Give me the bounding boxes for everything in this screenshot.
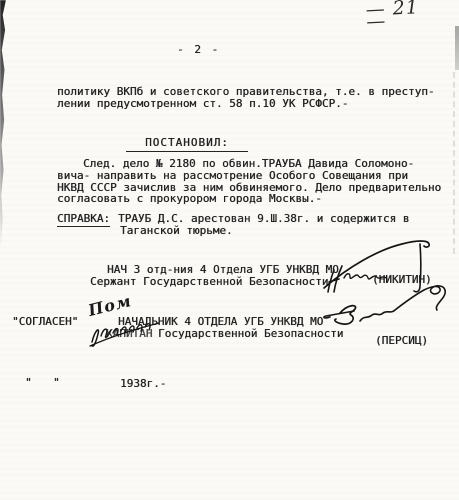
reference-line-1: ТРАУБ Д.С. арестован 9.Ш.38г. и содержит… (118, 213, 409, 225)
resolution-line-4: согласовать с прокурором города Москвы.- (57, 193, 322, 205)
intro-line-2: лении предусмотренном ст. 58 п.10 УК РСФ… (57, 98, 348, 110)
resolution-line-1: След. дело № 2180 по обвин.ТРАУБА Давида… (83, 158, 414, 170)
officer2-title-line-2: Государственной Безопасности (158, 328, 343, 340)
handwritten-note-pom: Пом (87, 295, 132, 317)
scan-edge-artifact-left (0, 0, 6, 250)
persits-signature (320, 282, 459, 342)
reference-label: СПРАВКА: (57, 213, 110, 227)
year-text: 1938г.- (120, 378, 166, 390)
handwritten-page-number: — 21 — (365, 1, 441, 28)
scan-edge-artifact-right-dashes (453, 72, 455, 254)
rank-correction-scribble (88, 317, 162, 349)
officer1-title-line-2: Сержант Государственной Безопасности (90, 276, 328, 288)
blank-day-quote-right: " (53, 377, 60, 389)
document-page: — 21 — - 2 - политику ВКПб и советского … (0, 0, 459, 500)
scan-edge-artifact-right-top (455, 26, 459, 70)
typed-page-number: - 2 - (177, 44, 220, 56)
intro-line-1: политику ВКПб и советского правительства… (57, 86, 435, 98)
resolution-line-2: вича- направить на рассмотрение Особого … (57, 170, 408, 182)
agreed-label: "СОГЛАСЕН" (12, 316, 78, 328)
reference-line-2: Таганской тюрьме. (120, 225, 233, 237)
officer1-title-line-1: НАЧ 3 отд-ния 4 Отдела УГБ УНКВД МО (107, 264, 339, 276)
resolution-heading: ПОСТАНОВИЛ: (126, 137, 248, 152)
blank-day-quote-left: " (25, 377, 32, 389)
